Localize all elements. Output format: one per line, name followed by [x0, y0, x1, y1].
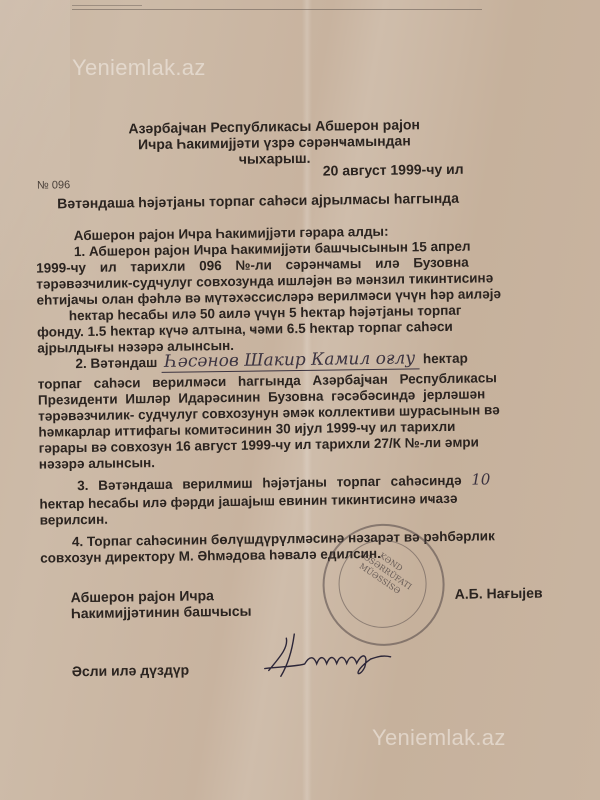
item-2: 2. Вәтәндаш Һәсәнов Шакир Камил оғлу һек… — [0, 0, 594, 4]
handwritten-citizen-name: Һәсәнов Шакир Камил оғлу — [161, 350, 419, 372]
document-number: № 096 — [37, 177, 70, 195]
item-2-prefix: 2. Вәтәндаш — [75, 355, 157, 371]
item-3-line-3: верилсин. — [40, 511, 109, 529]
certification-text: Әсли илә дүздүр — [72, 662, 190, 681]
handwritten-signature — [258, 627, 409, 689]
document-date: 20 август 1999-чу ил — [323, 161, 464, 180]
signatory-title-line-2: Һакимијјәтинин башчысы — [71, 603, 252, 623]
item-2-suffix: һектар — [423, 351, 468, 367]
item-3: 3. Вәтәндаша верилмиш һәјәтјаны торпаг с… — [0, 0, 594, 4]
document-page: Азәрбајҹан Республикасы Абшерон рајон Ич… — [0, 0, 600, 800]
signatory-name: А.Б. Нағыјев — [455, 585, 543, 604]
document-title: Вәтәндаша һәјәтјаны торпаг саһәси ајрылм… — [57, 190, 459, 213]
handwritten-area-value: 10 — [471, 470, 490, 488]
item-4: 4. Торпаг саһәсинин бөлүшдүрүлмәсинә нәз… — [0, 0, 594, 4]
item-2-line: нәзәрә алынсын. — [39, 454, 155, 473]
item-1: 1. Абшерон рајон Ичра Һакимијјәти башчыс… — [0, 0, 594, 4]
